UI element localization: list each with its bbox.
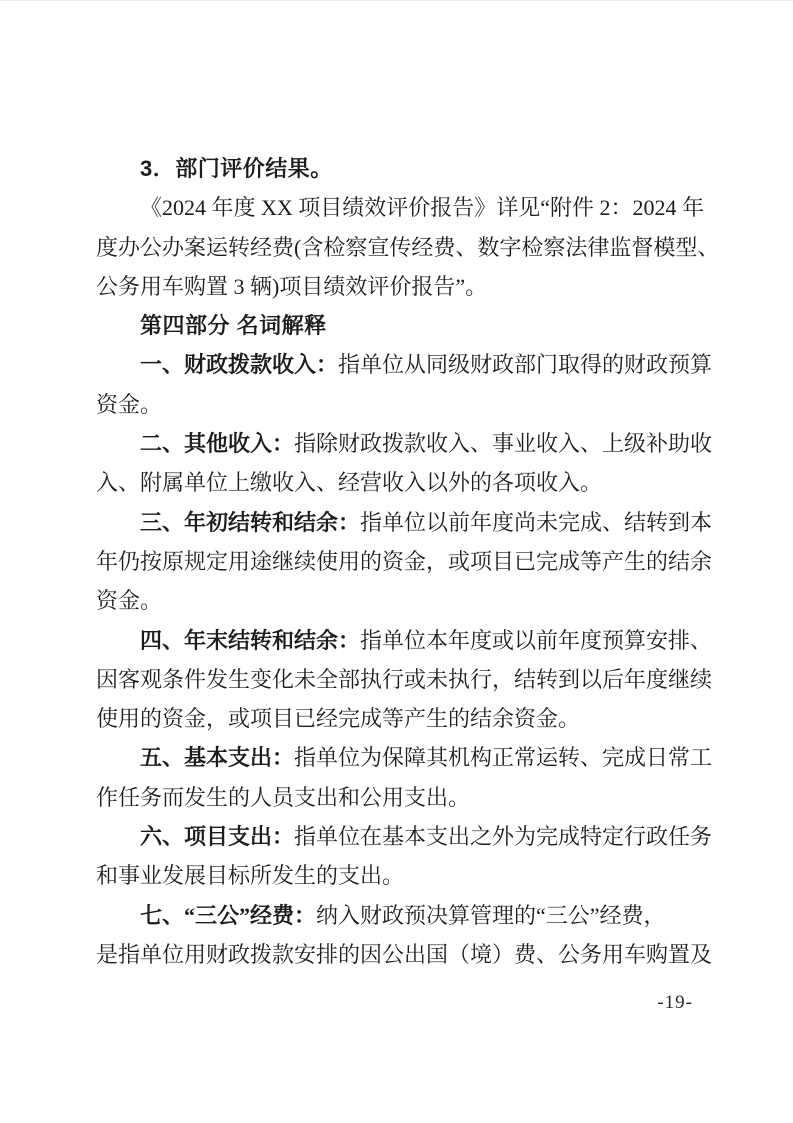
text-line: 第四部分 名词解释: [96, 306, 718, 345]
text-line: 和事业发展目标所发生的支出。: [96, 856, 718, 895]
text-line: 是指单位用财政拨款安排的因公出国（境）费、公务用车购置及: [96, 935, 718, 974]
text-line: 入、附属单位上缴收入、经营收入以外的各项收入。: [96, 463, 718, 502]
line-text: 指除财政拨款收入、事业收入、上级补助收: [294, 431, 712, 456]
line-text: 入、附属单位上缴收入、经营收入以外的各项收入。: [96, 470, 602, 495]
document-page: 3．部门评价结果。《2024 年度 XX 项目绩效评价报告》详见“附件 2：20…: [0, 0, 793, 1123]
line-text: 作任务而发生的人员支出和公用支出。: [96, 785, 470, 810]
text-line: 因客观条件发生变化未全部执行或未执行，结转到以后年度继续: [96, 660, 718, 699]
term-label: 第四部分 名词解释: [140, 313, 327, 338]
term-label: 五、基本支出：: [140, 745, 294, 770]
term-label: 四、年末结转和结余：: [140, 628, 360, 653]
line-text: 使用的资金，或项目已经完成等产生的结余资金。: [96, 706, 580, 731]
text-line: 三、年初结转和结余：指单位以前年度尚未完成、结转到本: [96, 503, 718, 542]
term-label: 一、财政拨款收入：: [140, 352, 338, 377]
page-number: -19-: [657, 992, 693, 1014]
text-line: 《2024 年度 XX 项目绩效评价报告》详见“附件 2：2024 年: [96, 188, 718, 227]
line-text: 因客观条件发生变化未全部执行或未执行，结转到以后年度继续: [96, 667, 712, 692]
text-line: 五、基本支出：指单位为保障其机构正常运转、完成日常工: [96, 738, 718, 777]
line-text: 指单位以前年度尚未完成、结转到本: [360, 510, 712, 535]
line-text: 纳入财政预决算管理的“三公”经费，: [316, 903, 666, 928]
term-label: 3．部门评价结果。: [140, 156, 333, 181]
line-text: 资金。: [96, 588, 162, 613]
line-text: 是指单位用财政拨款安排的因公出国（境）费、公务用车购置及: [96, 942, 712, 967]
text-line: 四、年末结转和结余：指单位本年度或以前年度预算安排、: [96, 621, 718, 660]
term-label: 二、其他收入：: [140, 431, 294, 456]
text-line: 度办公办案运转经费(含检察宣传经费、数字检察法律监督模型、: [96, 228, 718, 267]
text-line: 资金。: [96, 581, 718, 620]
text-line: 资金。: [96, 385, 718, 424]
line-text: 资金。: [96, 392, 162, 417]
text-line: 使用的资金，或项目已经完成等产生的结余资金。: [96, 699, 718, 738]
line-text: 指单位为保障其机构正常运转、完成日常工: [294, 745, 712, 770]
text-line: 公务用车购置 3 辆)项目绩效评价报告”。: [96, 267, 718, 306]
text-line: 3．部门评价结果。: [96, 149, 718, 188]
page-body: 3．部门评价结果。《2024 年度 XX 项目绩效评价报告》详见“附件 2：20…: [96, 149, 718, 974]
line-text: 《2024 年度 XX 项目绩效评价报告》详见“附件 2：2024 年: [140, 195, 704, 220]
line-text: 公务用车购置 3 辆)项目绩效评价报告”。: [96, 274, 487, 299]
term-label: 七、“三公”经费：: [140, 903, 316, 928]
text-line: 六、项目支出：指单位在基本支出之外为完成特定行政任务: [96, 817, 718, 856]
text-line: 七、“三公”经费：纳入财政预决算管理的“三公”经费，: [96, 896, 718, 935]
text-line: 一、财政拨款收入：指单位从同级财政部门取得的财政预算: [96, 345, 718, 384]
term-label: 六、项目支出：: [140, 824, 294, 849]
text-line: 年仍按原规定用途继续使用的资金，或项目已完成等产生的结余: [96, 542, 718, 581]
line-text: 年仍按原规定用途继续使用的资金，或项目已完成等产生的结余: [96, 549, 712, 574]
line-text: 和事业发展目标所发生的支出。: [96, 863, 404, 888]
term-label: 三、年初结转和结余：: [140, 510, 360, 535]
text-line: 作任务而发生的人员支出和公用支出。: [96, 778, 718, 817]
line-text: 指单位在基本支出之外为完成特定行政任务: [294, 824, 712, 849]
line-text: 指单位本年度或以前年度预算安排、: [360, 628, 712, 653]
line-text: 度办公办案运转经费(含检察宣传经费、数字检察法律监督模型、: [96, 235, 719, 260]
line-text: 指单位从同级财政部门取得的财政预算: [338, 352, 712, 377]
text-line: 二、其他收入：指除财政拨款收入、事业收入、上级补助收: [96, 424, 718, 463]
